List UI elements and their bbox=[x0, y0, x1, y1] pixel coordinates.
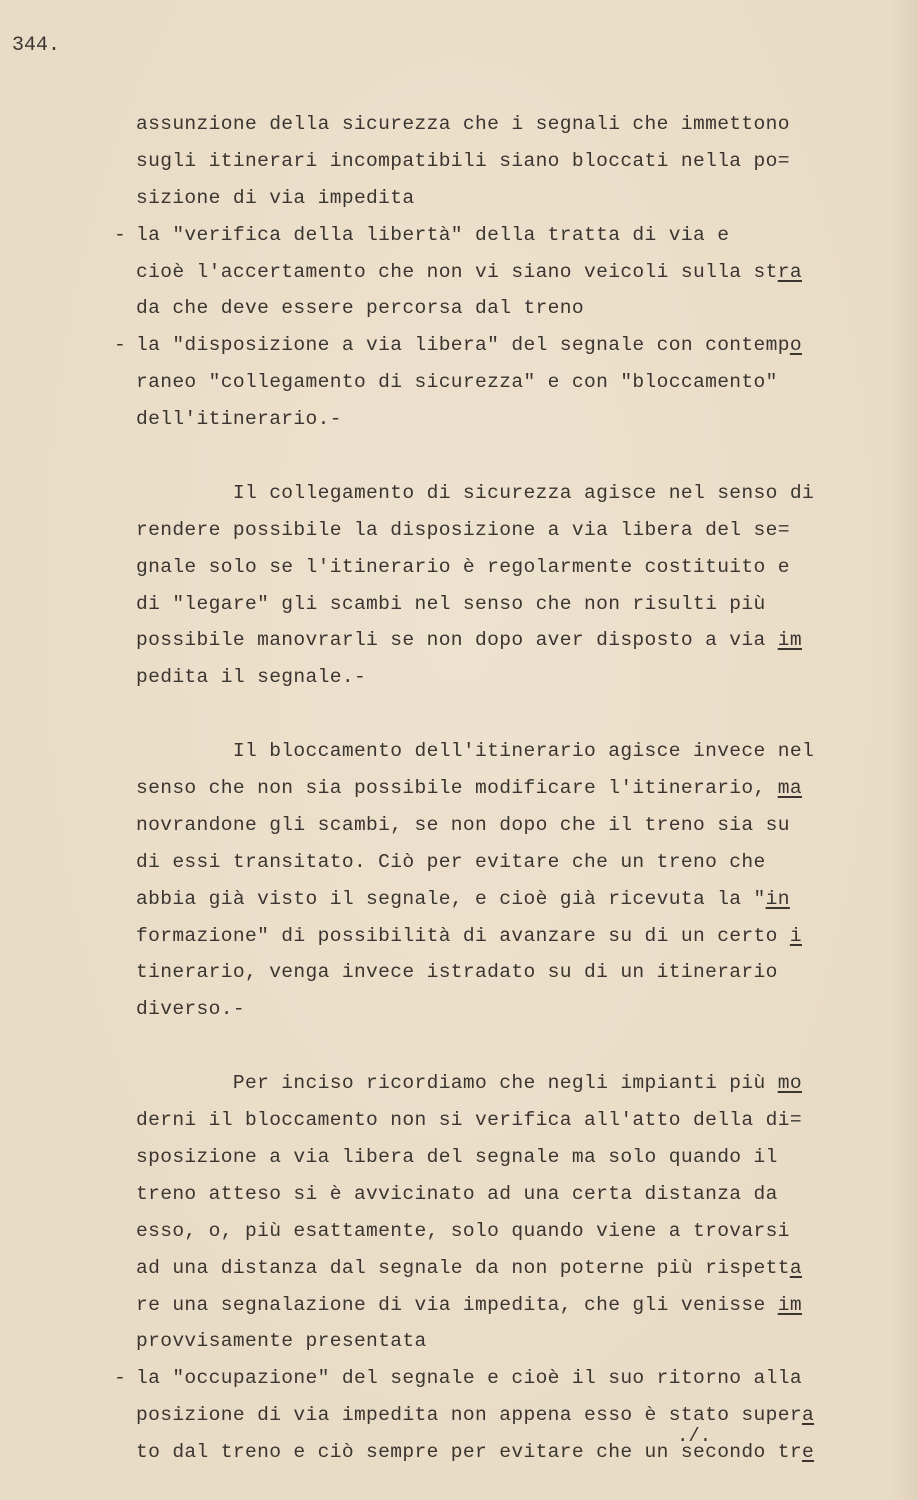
text-line: possibile manovrarli se non dopo aver di… bbox=[136, 622, 856, 659]
text-line: raneo "collegamento di sicurezza" e con … bbox=[136, 364, 856, 401]
text-line: tinerario, venga invece istradato su di … bbox=[136, 954, 856, 991]
hyphenation-underline: ma bbox=[778, 777, 802, 799]
line-text: rendere possibile la disposizione a via … bbox=[136, 519, 790, 541]
text-line: senso che non sia possibile modificare l… bbox=[136, 770, 856, 807]
text-line: re una segnalazione di via impedita, che… bbox=[136, 1287, 856, 1324]
text-line: derni il bloccamento non si verifica all… bbox=[136, 1102, 856, 1139]
line-text: gnale solo se l'itinerario è regolarment… bbox=[136, 556, 790, 578]
text-line: di essi transitato. Ciò per evitare che … bbox=[136, 844, 856, 881]
text-line: pedita il segnale.- bbox=[136, 659, 856, 696]
text-line bbox=[136, 696, 856, 733]
text-line: treno atteso si è avvicinato ad una cert… bbox=[136, 1176, 856, 1213]
line-text: posizione di via impedita non appena ess… bbox=[136, 1404, 802, 1426]
line-text: Per inciso ricordiamo che negli impianti… bbox=[136, 1072, 778, 1094]
hyphenation-underline: i bbox=[790, 925, 802, 947]
text-line: formazione" di possibilità di avanzare s… bbox=[136, 918, 856, 955]
text-line: esso, o, più esattamente, solo quando vi… bbox=[136, 1213, 856, 1250]
line-text: abbia già visto il segnale, e cioè già r… bbox=[136, 888, 766, 910]
hyphenation-underline: im bbox=[778, 1294, 802, 1316]
text-line: novrandone gli scambi, se non dopo che i… bbox=[136, 807, 856, 844]
line-text: la "occupazione" del segnale e cioè il s… bbox=[136, 1367, 802, 1389]
line-text: dell'itinerario.- bbox=[136, 408, 342, 430]
hyphenation-underline: ra bbox=[778, 261, 802, 283]
hyphenation-underline: in bbox=[766, 888, 790, 910]
hyphenation-underline: a bbox=[790, 1257, 802, 1279]
continuation-mark: ./. bbox=[677, 1425, 711, 1447]
line-text: novrandone gli scambi, se non dopo che i… bbox=[136, 814, 790, 836]
document-body: assunzione della sicurezza che i segnali… bbox=[136, 106, 856, 1471]
text-line: diverso.- bbox=[136, 991, 856, 1028]
line-text: sizione di via impedita bbox=[136, 187, 415, 209]
page-number: 344. bbox=[12, 34, 60, 57]
text-line: ad una distanza dal segnale da non poter… bbox=[136, 1250, 856, 1287]
text-line bbox=[136, 438, 856, 475]
line-text: ad una distanza dal segnale da non poter… bbox=[136, 1257, 790, 1279]
line-text: la "disposizione a via libera" del segna… bbox=[136, 334, 790, 356]
line-text: esso, o, più esattamente, solo quando vi… bbox=[136, 1220, 790, 1242]
bullet-line: la "occupazione" del segnale e cioè il s… bbox=[136, 1360, 856, 1397]
text-line: assunzione della sicurezza che i segnali… bbox=[136, 106, 856, 143]
text-line bbox=[136, 1028, 856, 1065]
line-text: sposizione a via libera del segnale ma s… bbox=[136, 1146, 778, 1168]
text-line: sizione di via impedita bbox=[136, 180, 856, 217]
line-text: cioè l'accertamento che non vi siano vei… bbox=[136, 261, 778, 283]
line-text: treno atteso si è avvicinato ad una cert… bbox=[136, 1183, 778, 1205]
line-text: formazione" di possibilità di avanzare s… bbox=[136, 925, 790, 947]
line-text: derni il bloccamento non si verifica all… bbox=[136, 1109, 802, 1131]
line-text: senso che non sia possibile modificare l… bbox=[136, 777, 778, 799]
line-text: di essi transitato. Ciò per evitare che … bbox=[136, 851, 766, 873]
line-text: la "verifica della libertà" della tratta… bbox=[136, 224, 729, 246]
hyphenation-underline: o bbox=[790, 334, 802, 356]
bullet-line: la "disposizione a via libera" del segna… bbox=[136, 327, 856, 364]
text-line: dell'itinerario.- bbox=[136, 401, 856, 438]
text-line: Il bloccamento dell'itinerario agisce in… bbox=[136, 733, 856, 770]
hyphenation-underline: a bbox=[802, 1404, 814, 1426]
line-text: pedita il segnale.- bbox=[136, 666, 366, 688]
text-line: abbia già visto il segnale, e cioè già r… bbox=[136, 881, 856, 918]
line-text: provvisamente presentata bbox=[136, 1330, 427, 1352]
text-line: to dal treno e ciò sempre per evitare ch… bbox=[136, 1434, 856, 1471]
hyphenation-underline: mo bbox=[778, 1072, 802, 1094]
line-text: possibile manovrarli se non dopo aver di… bbox=[136, 629, 778, 651]
text-line: da che deve essere percorsa dal treno bbox=[136, 290, 856, 327]
text-line: Il collegamento di sicurezza agisce nel … bbox=[136, 475, 856, 512]
line-text: di "legare" gli scambi nel senso che non… bbox=[136, 593, 766, 615]
line-text: diverso.- bbox=[136, 998, 245, 1020]
text-line: gnale solo se l'itinerario è regolarment… bbox=[136, 549, 856, 586]
line-text: Il bloccamento dell'itinerario agisce in… bbox=[136, 740, 814, 762]
hyphenation-underline: e bbox=[802, 1441, 814, 1463]
text-line: Per inciso ricordiamo che negli impianti… bbox=[136, 1065, 856, 1102]
text-line: di "legare" gli scambi nel senso che non… bbox=[136, 586, 856, 623]
hyphenation-underline: im bbox=[778, 629, 802, 651]
text-line: sposizione a via libera del segnale ma s… bbox=[136, 1139, 856, 1176]
text-line: provvisamente presentata bbox=[136, 1323, 856, 1360]
text-line: sugli itinerari incompatibili siano bloc… bbox=[136, 143, 856, 180]
line-text: Il collegamento di sicurezza agisce nel … bbox=[136, 482, 814, 504]
line-text: assunzione della sicurezza che i segnali… bbox=[136, 113, 790, 135]
text-line: posizione di via impedita non appena ess… bbox=[136, 1397, 856, 1434]
line-text: tinerario, venga invece istradato su di … bbox=[136, 961, 778, 983]
line-text: da che deve essere percorsa dal treno bbox=[136, 297, 584, 319]
text-line: rendere possibile la disposizione a via … bbox=[136, 512, 856, 549]
text-line: cioè l'accertamento che non vi siano vei… bbox=[136, 254, 856, 291]
bullet-line: la "verifica della libertà" della tratta… bbox=[136, 217, 856, 254]
line-text: raneo "collegamento di sicurezza" e con … bbox=[136, 371, 778, 393]
line-text: sugli itinerari incompatibili siano bloc… bbox=[136, 150, 790, 172]
line-text: re una segnalazione di via impedita, che… bbox=[136, 1294, 778, 1316]
